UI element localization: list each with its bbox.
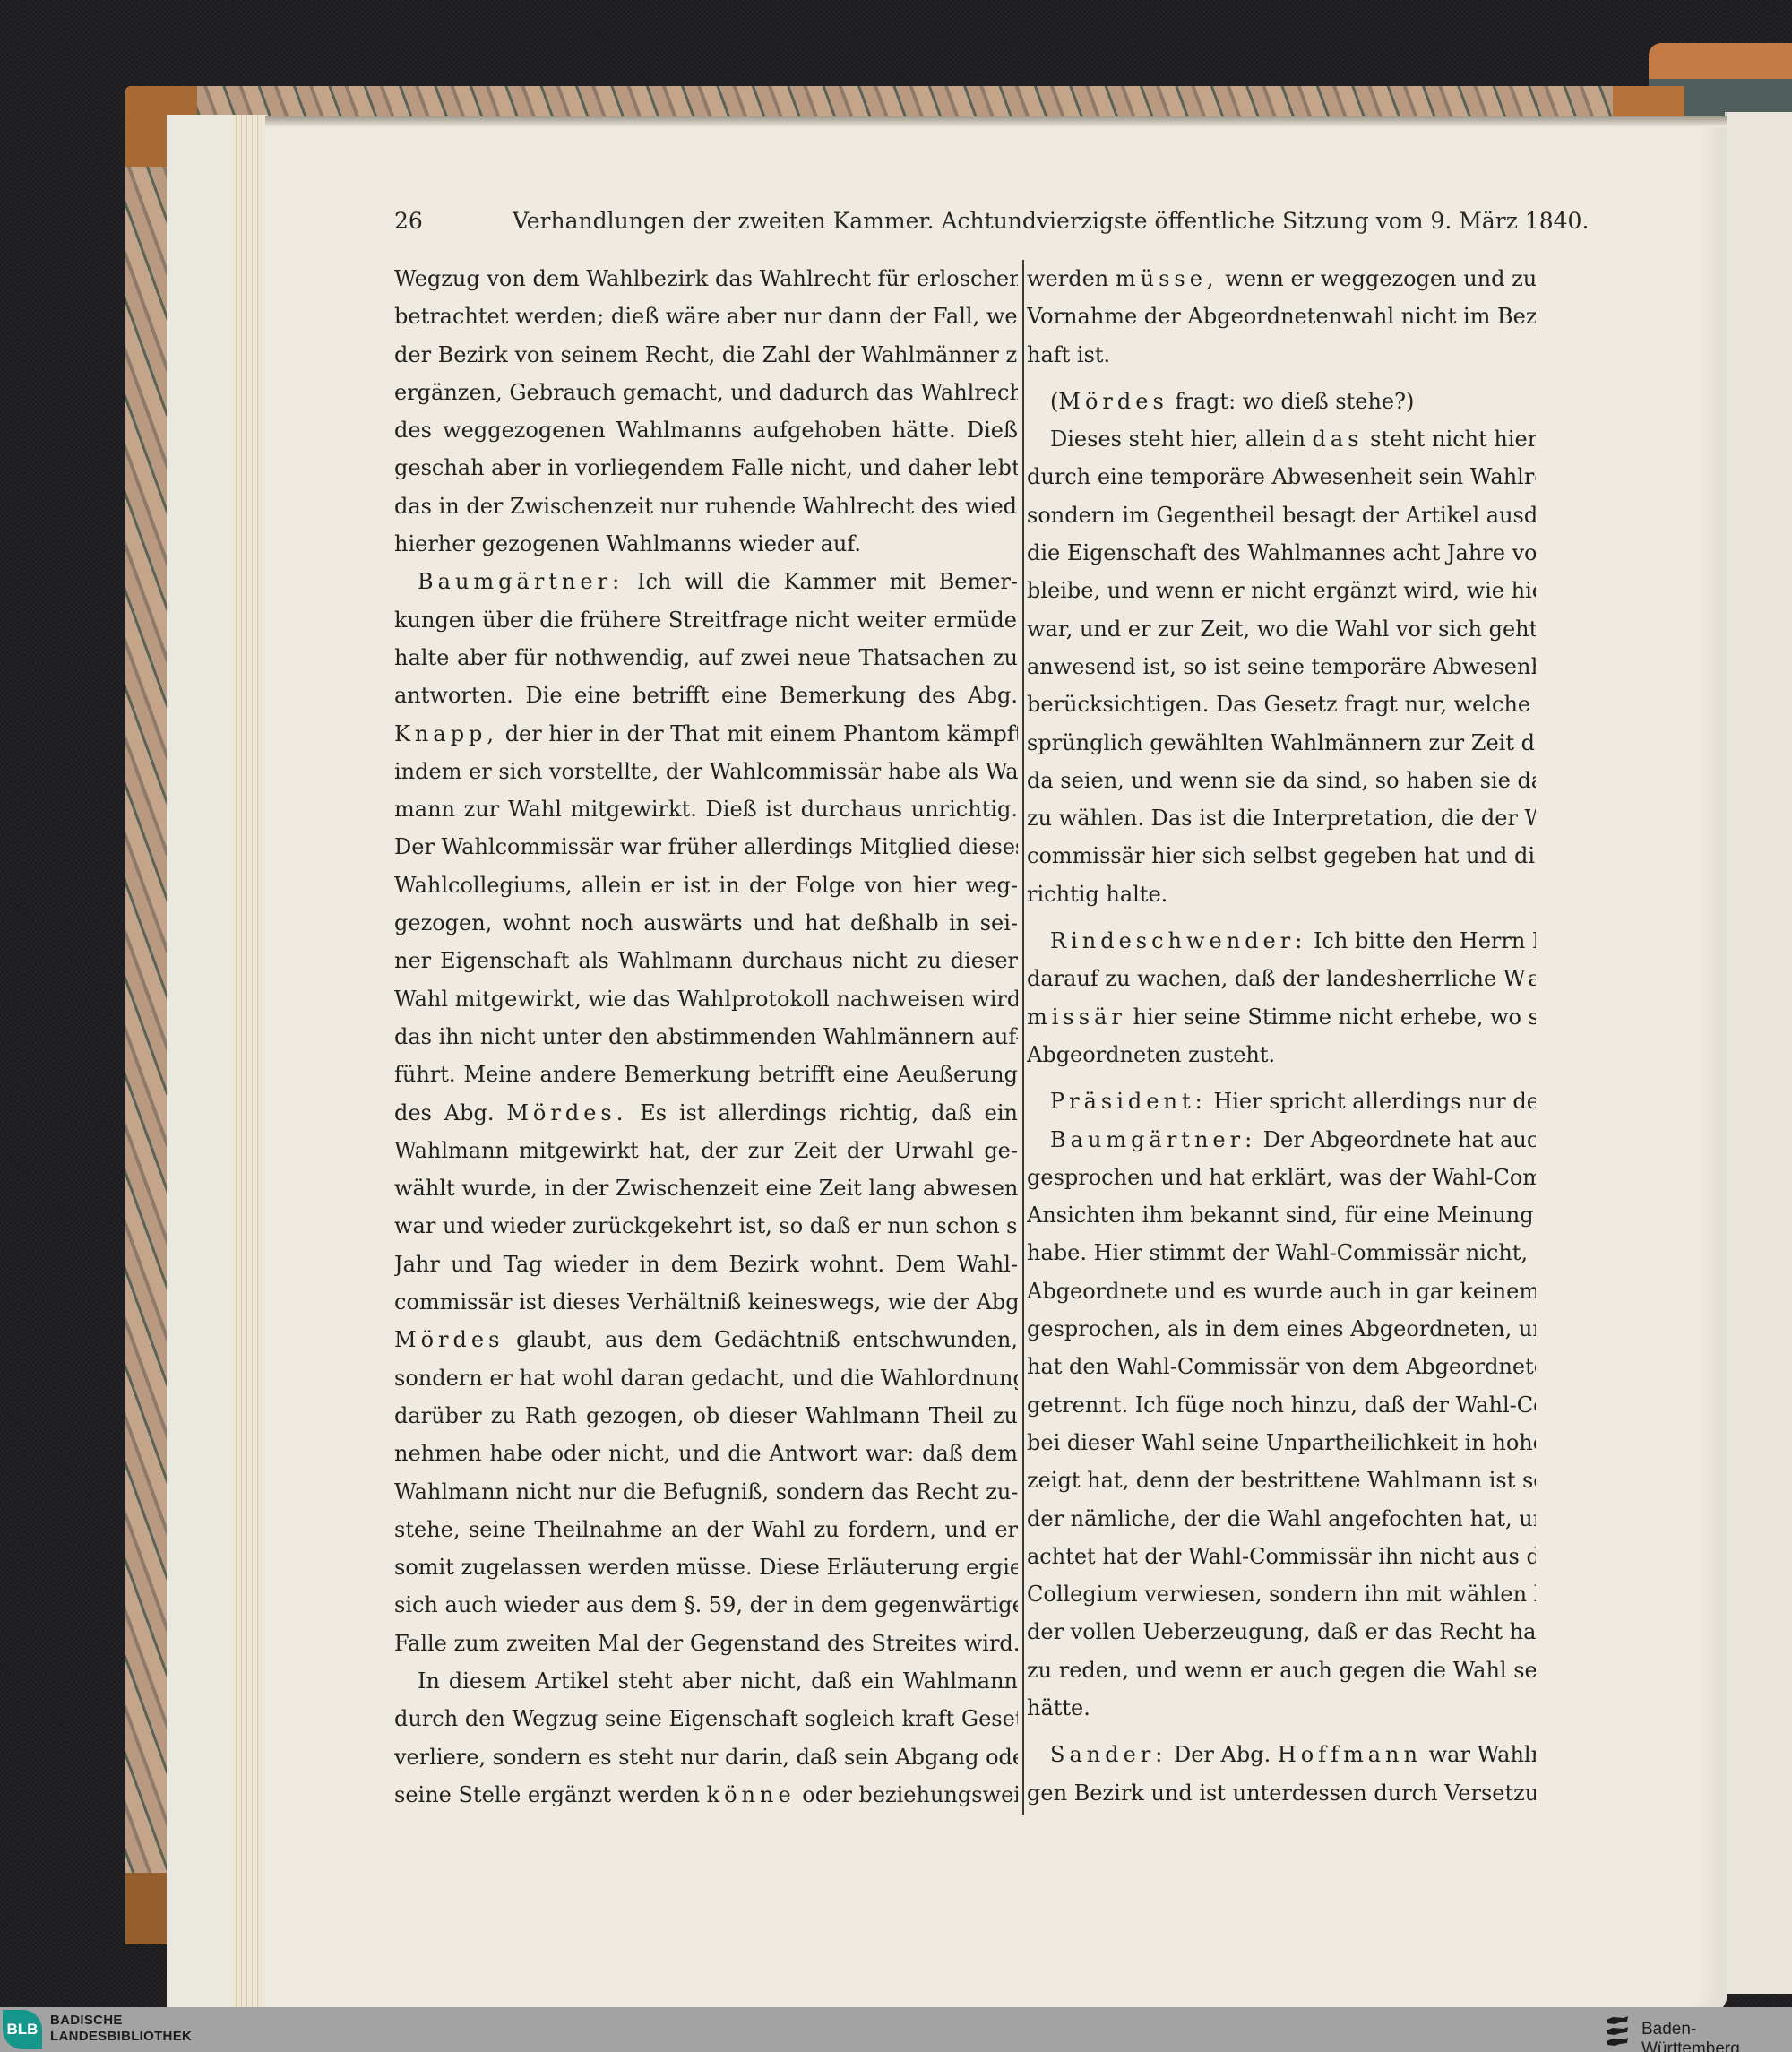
line-text: bei dieser Wahl seine Unpartheilichkeit … bbox=[1027, 1430, 1536, 1455]
line-text: führt. Meine andere Bemerkung betrifft e… bbox=[394, 1062, 1018, 1087]
line-text: nehmen habe oder nicht, und die Antwort … bbox=[394, 1441, 1018, 1466]
speaker-name: Sander: bbox=[1050, 1742, 1167, 1767]
text-line: stehe, seine Theilnahme an der Wahl zu f… bbox=[394, 1511, 1018, 1548]
line-text: der Bezirk von seinem Recht, die Zahl de… bbox=[394, 342, 1018, 367]
text-line: kungen über die frühere Streitfrage nich… bbox=[394, 601, 1018, 639]
line-text: Wegzug von dem Wahlbezirk das Wahlrecht … bbox=[394, 266, 1018, 291]
text-line: das in der Zwischenzeit nur ruhende Wahl… bbox=[394, 487, 1018, 525]
text-line: zeigt hat, denn der bestrittene Wahlmann… bbox=[1027, 1461, 1536, 1499]
speaker-name: Präsident: bbox=[1050, 1089, 1207, 1114]
line-text: gezogen, wohnt noch auswärts und hat deß… bbox=[394, 910, 1018, 935]
line-text: Collegium verwiesen, sondern ihn mit wäh… bbox=[1027, 1582, 1536, 1607]
line-text: das ihn nicht unter den abstimmenden Wah… bbox=[394, 1024, 1018, 1049]
speaker-name: Rindeschwender: bbox=[1050, 928, 1306, 953]
text-line: Abgeordneten zusteht. bbox=[1027, 1036, 1536, 1073]
text-line: Falle zum zweiten Mal der Gegenstand des… bbox=[394, 1625, 1018, 1662]
line-text: hätte. bbox=[1027, 1695, 1090, 1720]
text-line: der nämliche, der die Wahl angefochten h… bbox=[1027, 1500, 1536, 1538]
line-text: sich auch wieder aus dem §. 59, der in d… bbox=[394, 1592, 1018, 1617]
line-text: Jahr und Tag wieder in dem Bezirk wohnt.… bbox=[394, 1252, 1018, 1277]
line-text: ( bbox=[1050, 389, 1058, 414]
text-line: (Mördes fragt: wo dieß stehe?) bbox=[1027, 383, 1536, 420]
paragraph-gap bbox=[1027, 374, 1536, 383]
text-line: Collegium verwiesen, sondern ihn mit wäh… bbox=[1027, 1575, 1536, 1613]
line-text: Dieses steht hier, allein bbox=[1050, 427, 1313, 452]
line-text: glaubt, aus dem Gedächtniß entschwunden, bbox=[504, 1327, 1018, 1352]
line-text: das in der Zwischenzeit nur ruhende Wahl… bbox=[394, 494, 1018, 519]
text-line: Wahlmann mitgewirkt hat, der zur Zeit de… bbox=[394, 1132, 1018, 1169]
line-text: werden bbox=[1027, 266, 1116, 291]
line-text: In diesem Artikel steht aber nicht, daß … bbox=[418, 1668, 1018, 1694]
text-line: antworten. Die eine betrifft eine Bemerk… bbox=[394, 677, 1018, 714]
text-line: indem er sich vorstellte, der Wahlcommis… bbox=[394, 753, 1018, 790]
text-line: Wahlmann nicht nur die Befugniß, sondern… bbox=[394, 1473, 1018, 1511]
line-text: habe. Hier stimmt der Wahl-Commissär nic… bbox=[1027, 1240, 1536, 1265]
line-text: sondern im Gegentheil besagt der Artikel… bbox=[1027, 503, 1536, 528]
speaker-name: Baumgärtner: bbox=[1050, 1127, 1256, 1152]
text-line: gesprochen und hat erklärt, was der Wahl… bbox=[1027, 1159, 1536, 1196]
text-line: halte aber für nothwendig, auf zwei neue… bbox=[394, 639, 1018, 677]
text-line: Wahl mitgewirkt, wie das Wahlprotokoll n… bbox=[394, 980, 1018, 1018]
column-divider bbox=[1022, 260, 1024, 1815]
line-text: wählt wurde, in der Zwischenzeit eine Ze… bbox=[394, 1176, 1018, 1201]
text-line: die Eigenschaft des Wahlmannes acht Jahr… bbox=[1027, 534, 1536, 572]
line-text: bleibe, und wenn er nicht ergänzt wird, … bbox=[1027, 578, 1536, 603]
running-head: 26Verhandlungen der zweiten Kammer. Acht… bbox=[394, 208, 1550, 234]
text-line: Abgeordnete und es wurde auch in gar kei… bbox=[1027, 1272, 1536, 1310]
line-text: gesprochen, als in dem eines Abgeordnete… bbox=[1027, 1316, 1536, 1341]
line-text: Es ist allerdings richtig, daß ein bbox=[627, 1100, 1018, 1125]
line-text: Ansichten ihm bekannt sind, für eine Mei… bbox=[1027, 1203, 1536, 1228]
emphasized-text: das bbox=[1313, 427, 1364, 452]
line-text: war Wahlmann im hiesi- bbox=[1422, 1742, 1536, 1767]
text-line: war, und er zur Zeit, wo die Wahl vor si… bbox=[1027, 610, 1536, 648]
text-column-left: Wegzug von dem Wahlbezirk das Wahlrecht … bbox=[394, 260, 1018, 1814]
text-line: bleibe, und wenn er nicht ergänzt wird, … bbox=[1027, 572, 1536, 609]
line-text: gen Bezirk und ist unterdessen durch Ver… bbox=[1027, 1780, 1536, 1806]
text-line: bei dieser Wahl seine Unpartheilichkeit … bbox=[1027, 1424, 1536, 1461]
state-name[interactable]: Baden-Württemberg bbox=[1641, 2020, 1792, 2052]
text-line: Jahr und Tag wieder in dem Bezirk wohnt.… bbox=[394, 1246, 1018, 1283]
speaker-name: missär bbox=[1027, 1004, 1126, 1030]
line-text: anwesend ist, so ist seine temporäre Abw… bbox=[1027, 654, 1536, 679]
line-text: ner Eigenschaft als Wahlmann durchaus ni… bbox=[394, 948, 1018, 973]
emphasized-text: Wahlcom- bbox=[1503, 966, 1536, 991]
line-text: richtig halte. bbox=[1027, 882, 1167, 907]
text-line: war und wieder zurückgekehrt ist, so daß… bbox=[394, 1207, 1018, 1245]
text-line: ner Eigenschaft als Wahlmann durchaus ni… bbox=[394, 942, 1018, 979]
text-line: haft ist. bbox=[1027, 336, 1536, 374]
running-title: Verhandlungen der zweiten Kammer. Achtun… bbox=[513, 208, 1589, 234]
line-text: Vornahme der Abgeordnetenwahl nicht im B… bbox=[1027, 304, 1536, 329]
page-top-shadow bbox=[265, 116, 1727, 127]
line-text: fragt: wo dieß stehe?) bbox=[1168, 389, 1415, 414]
text-line: Sander: Der Abg. Hoffmann war Wahlmann i… bbox=[1027, 1736, 1536, 1773]
line-text: Abgeordneten zusteht. bbox=[1027, 1042, 1275, 1067]
text-line: achtet hat der Wahl-Commissär ihn nicht … bbox=[1027, 1538, 1536, 1575]
paragraph-gap bbox=[1027, 913, 1536, 922]
line-text: hierher gezogenen Wahlmanns wieder auf. bbox=[394, 531, 861, 556]
line-text: des weggezogenen Wahlmanns aufgehoben hä… bbox=[394, 418, 1018, 443]
line-text: durch den Wegzug seine Eigenschaft sogle… bbox=[394, 1706, 1018, 1731]
line-text: war und wieder zurückgekehrt ist, so daß… bbox=[394, 1213, 1018, 1238]
line-text: halte aber für nothwendig, auf zwei neue… bbox=[394, 645, 1018, 670]
line-text: zeigt hat, denn der bestrittene Wahlmann… bbox=[1027, 1468, 1536, 1493]
line-text: Der Abgeordnete hat auch hier allein bbox=[1256, 1127, 1536, 1152]
line-text: Wahlmann mitgewirkt hat, der zur Zeit de… bbox=[394, 1138, 1018, 1163]
line-text: commissär ist dieses Verhältniß keineswe… bbox=[394, 1289, 1018, 1315]
text-line: hat den Wahl-Commissär von dem Abgeordne… bbox=[1027, 1348, 1536, 1385]
line-text: des Abg. bbox=[394, 1100, 506, 1125]
paragraph-gap bbox=[1027, 1073, 1536, 1082]
text-line: hätte. bbox=[1027, 1689, 1536, 1727]
line-text: seine Stelle ergänzt werden bbox=[394, 1782, 707, 1807]
line-text: indem er sich vorstellte, der Wahlcommis… bbox=[394, 759, 1018, 784]
text-line: hierher gezogenen Wahlmanns wieder auf. bbox=[394, 525, 1018, 563]
text-line: werden müsse, wenn er weggezogen und zur… bbox=[1027, 260, 1536, 297]
line-text: der vollen Ueberzeugung, daß er das Rech… bbox=[1027, 1619, 1536, 1644]
text-line: commissär ist dieses Verhältniß keineswe… bbox=[394, 1283, 1018, 1321]
line-text: Abgeordnete und es wurde auch in gar kei… bbox=[1027, 1279, 1536, 1304]
line-text: haft ist. bbox=[1027, 342, 1110, 367]
text-line: sprünglich gewählten Wahlmännern zur Zei… bbox=[1027, 724, 1536, 762]
text-line: mann zur Wahl mitgewirkt. Dieß ist durch… bbox=[394, 790, 1018, 828]
line-text: zu reden, und wenn er auch gegen die Wah… bbox=[1027, 1658, 1536, 1683]
text-column-right: werden müsse, wenn er weggezogen und zur… bbox=[1027, 260, 1536, 1812]
facing-page-edge bbox=[1725, 112, 1792, 1994]
text-line: gezogen, wohnt noch auswärts und hat deß… bbox=[394, 904, 1018, 942]
text-line: zu reden, und wenn er auch gegen die Wah… bbox=[1027, 1651, 1536, 1689]
line-text: sprünglich gewählten Wahlmännern zur Zei… bbox=[1027, 730, 1536, 755]
text-line: nehmen habe oder nicht, und die Antwort … bbox=[394, 1435, 1018, 1472]
line-text: Ich will die Kammer mit Bemer- bbox=[624, 569, 1018, 594]
blb-logo-icon[interactable]: BLB bbox=[3, 2010, 42, 2049]
text-line: Vornahme der Abgeordnetenwahl nicht im B… bbox=[1027, 297, 1536, 335]
line-text: Wahl mitgewirkt, wie das Wahlprotokoll n… bbox=[394, 987, 1018, 1012]
text-line: richtig halte. bbox=[1027, 875, 1536, 913]
text-line: geschah aber in vorliegendem Falle nicht… bbox=[394, 449, 1018, 487]
text-line: darüber zu Rath gezogen, ob dieser Wahlm… bbox=[394, 1397, 1018, 1435]
text-line: führt. Meine andere Bemerkung betrifft e… bbox=[394, 1056, 1018, 1093]
emphasized-text: Mördes bbox=[1058, 389, 1167, 414]
library-name[interactable]: BADISCHE LANDESBIBLIOTHEK bbox=[50, 2013, 192, 2045]
line-text: darauf zu wachen, daß der landesherrlich… bbox=[1027, 966, 1503, 991]
speaker-name: Mördes bbox=[394, 1327, 504, 1352]
text-line: verliere, sondern es steht nur darin, da… bbox=[394, 1738, 1018, 1776]
line-text: getrennt. Ich füge noch hinzu, daß der W… bbox=[1027, 1392, 1536, 1418]
line-text: oder beziehungsweise bbox=[796, 1782, 1018, 1807]
text-line: Ansichten ihm bekannt sind, für eine Mei… bbox=[1027, 1196, 1536, 1234]
text-line: anwesend ist, so ist seine temporäre Abw… bbox=[1027, 648, 1536, 685]
footer-bar: BLB BADISCHE LANDESBIBLIOTHEK Baden-Würt… bbox=[0, 2007, 1792, 2052]
text-line: gesprochen, als in dem eines Abgeordnete… bbox=[1027, 1310, 1536, 1348]
text-line: sich auch wieder aus dem §. 59, der in d… bbox=[394, 1586, 1018, 1624]
line-text: der hier in der That mit einem Phantom k… bbox=[498, 721, 1018, 746]
line-text: wenn er weggezogen und zur Zeit der bbox=[1219, 266, 1536, 291]
line-text: commissär hier sich selbst gegeben hat u… bbox=[1027, 843, 1536, 868]
line-text: verliere, sondern es steht nur darin, da… bbox=[394, 1745, 1018, 1770]
text-line: Rindeschwender: Ich bitte den Herrn Präs… bbox=[1027, 922, 1536, 960]
line-text: betrachtet werden; dieß wäre aber nur da… bbox=[394, 304, 1018, 329]
paragraph-gap bbox=[1027, 1727, 1536, 1736]
line-text: stehe, seine Theilnahme an der Wahl zu f… bbox=[394, 1517, 1018, 1542]
text-line: das ihn nicht unter den abstimmenden Wah… bbox=[394, 1018, 1018, 1056]
line-text: der nämliche, der die Wahl angefochten h… bbox=[1027, 1506, 1536, 1531]
page-number: 26 bbox=[394, 208, 513, 234]
text-line: Wegzug von dem Wahlbezirk das Wahlrecht … bbox=[394, 260, 1018, 297]
text-line: ergänzen, Gebrauch gemacht, und dadurch … bbox=[394, 374, 1018, 411]
line-text: Der Abg. bbox=[1167, 1742, 1278, 1767]
baden-wuerttemberg-lions-icon[interactable] bbox=[1604, 2014, 1631, 2048]
text-line: des Abg. Mördes. Es ist allerdings richt… bbox=[394, 1094, 1018, 1132]
text-line: berücksichtigen. Das Gesetz fragt nur, w… bbox=[1027, 685, 1536, 723]
page-stack-edges bbox=[231, 115, 267, 2019]
line-text: ergänzen, Gebrauch gemacht, und dadurch … bbox=[394, 380, 1018, 405]
text-line: gen Bezirk und ist unterdessen durch Ver… bbox=[1027, 1774, 1536, 1812]
line-text: Falle zum zweiten Mal der Gegenstand des… bbox=[394, 1631, 1018, 1656]
line-text: somit zugelassen werden müsse. Diese Erl… bbox=[394, 1555, 1018, 1580]
line-text: Wahlmann nicht nur die Befugniß, sondern… bbox=[394, 1479, 1018, 1505]
line-text: gesprochen und hat erklärt, was der Wahl… bbox=[1027, 1165, 1536, 1190]
text-line: seine Stelle ergänzt werden könne oder b… bbox=[394, 1776, 1018, 1814]
text-line: In diesem Artikel steht aber nicht, daß … bbox=[394, 1662, 1018, 1700]
text-line: betrachtet werden; dieß wäre aber nur da… bbox=[394, 297, 1018, 335]
text-line: da seien, und wenn sie da sind, so haben… bbox=[1027, 762, 1536, 799]
speaker-name: Knapp, bbox=[394, 721, 498, 746]
line-text: Wahlcollegiums, allein er ist in der Fol… bbox=[394, 873, 1018, 898]
line-text: berücksichtigen. Das Gesetz fragt nur, w… bbox=[1027, 692, 1536, 717]
text-line: sondern er hat wohl daran gedacht, und d… bbox=[394, 1359, 1018, 1397]
text-line: Baumgärtner: Der Abgeordnete hat auch hi… bbox=[1027, 1121, 1536, 1159]
text-line: habe. Hier stimmt der Wahl-Commissär nic… bbox=[1027, 1234, 1536, 1272]
text-line: Mördes glaubt, aus dem Gedächtniß entsch… bbox=[394, 1321, 1018, 1358]
line-text: darüber zu Rath gezogen, ob dieser Wahlm… bbox=[394, 1403, 1018, 1428]
emphasized-text: Mördes. bbox=[506, 1100, 627, 1125]
emphasized-text: Hoffmann bbox=[1278, 1742, 1422, 1767]
line-text: durch eine temporäre Abwesenheit sein Wa… bbox=[1027, 464, 1536, 489]
line-text: zu wählen. Das ist die Interpretation, d… bbox=[1027, 806, 1536, 831]
line-text: antworten. Die eine betrifft eine Bemerk… bbox=[394, 683, 1018, 708]
line-text: Der Wahlcommissär war früher allerdings … bbox=[394, 834, 1018, 859]
line-text: hier seine Stimme nicht erhebe, wo sie n… bbox=[1126, 1004, 1536, 1030]
line-text: Ich bitte den Herrn Präsidenten, bbox=[1306, 928, 1536, 953]
line-text: achtet hat der Wahl-Commissär ihn nicht … bbox=[1027, 1544, 1536, 1569]
text-line: durch eine temporäre Abwesenheit sein Wa… bbox=[1027, 458, 1536, 496]
text-line: der vollen Ueberzeugung, daß er das Rech… bbox=[1027, 1613, 1536, 1651]
text-line: sondern im Gegentheil besagt der Artikel… bbox=[1027, 496, 1536, 534]
line-text: kungen über die frühere Streitfrage nich… bbox=[394, 608, 1018, 633]
emphasized-text: müsse, bbox=[1116, 266, 1219, 291]
speaker-name: Baumgärtner: bbox=[418, 569, 624, 594]
line-text: mann zur Wahl mitgewirkt. Dieß ist durch… bbox=[394, 797, 1018, 822]
line-text: sondern er hat wohl daran gedacht, und d… bbox=[394, 1366, 1018, 1391]
text-line: somit zugelassen werden müsse. Diese Erl… bbox=[394, 1548, 1018, 1586]
text-line: des weggezogenen Wahlmanns aufgehoben hä… bbox=[394, 411, 1018, 449]
line-text: hat den Wahl-Commissär von dem Abgeordne… bbox=[1027, 1354, 1536, 1379]
text-line: missär hier seine Stimme nicht erhebe, w… bbox=[1027, 998, 1536, 1036]
line-text: war, und er zur Zeit, wo die Wahl vor si… bbox=[1027, 616, 1536, 642]
text-line: Baumgärtner: Ich will die Kammer mit Bem… bbox=[394, 563, 1018, 600]
text-line: commissär hier sich selbst gegeben hat u… bbox=[1027, 837, 1536, 875]
text-line: wählt wurde, in der Zwischenzeit eine Ze… bbox=[394, 1169, 1018, 1207]
line-text: geschah aber in vorliegendem Falle nicht… bbox=[394, 455, 1018, 480]
emphasized-text: könne bbox=[707, 1782, 796, 1807]
text-line: Präsident: Hier spricht allerdings nur d… bbox=[1027, 1082, 1536, 1120]
line-text: Hier spricht allerdings nur der Abgeordn… bbox=[1207, 1089, 1536, 1114]
text-line: getrennt. Ich füge noch hinzu, daß der W… bbox=[1027, 1386, 1536, 1424]
text-line: durch den Wegzug seine Eigenschaft sogle… bbox=[394, 1700, 1018, 1737]
text-line: der Bezirk von seinem Recht, die Zahl de… bbox=[394, 336, 1018, 374]
line-text: die Eigenschaft des Wahlmannes acht Jahr… bbox=[1027, 540, 1536, 565]
text-line: darauf zu wachen, daß der landesherrlich… bbox=[1027, 960, 1536, 997]
text-line: Der Wahlcommissär war früher allerdings … bbox=[394, 828, 1018, 866]
line-text: steht nicht hier, daß Einer bbox=[1364, 427, 1536, 452]
text-line: Knapp, der hier in der That mit einem Ph… bbox=[394, 715, 1018, 753]
text-line: Wahlcollegiums, allein er ist in der Fol… bbox=[394, 866, 1018, 904]
text-line: Dieses steht hier, allein das steht nich… bbox=[1027, 420, 1536, 458]
flyleaf bbox=[167, 115, 231, 2014]
line-text: da seien, und wenn sie da sind, so haben… bbox=[1027, 768, 1536, 793]
text-line: zu wählen. Das ist die Interpretation, d… bbox=[1027, 799, 1536, 837]
